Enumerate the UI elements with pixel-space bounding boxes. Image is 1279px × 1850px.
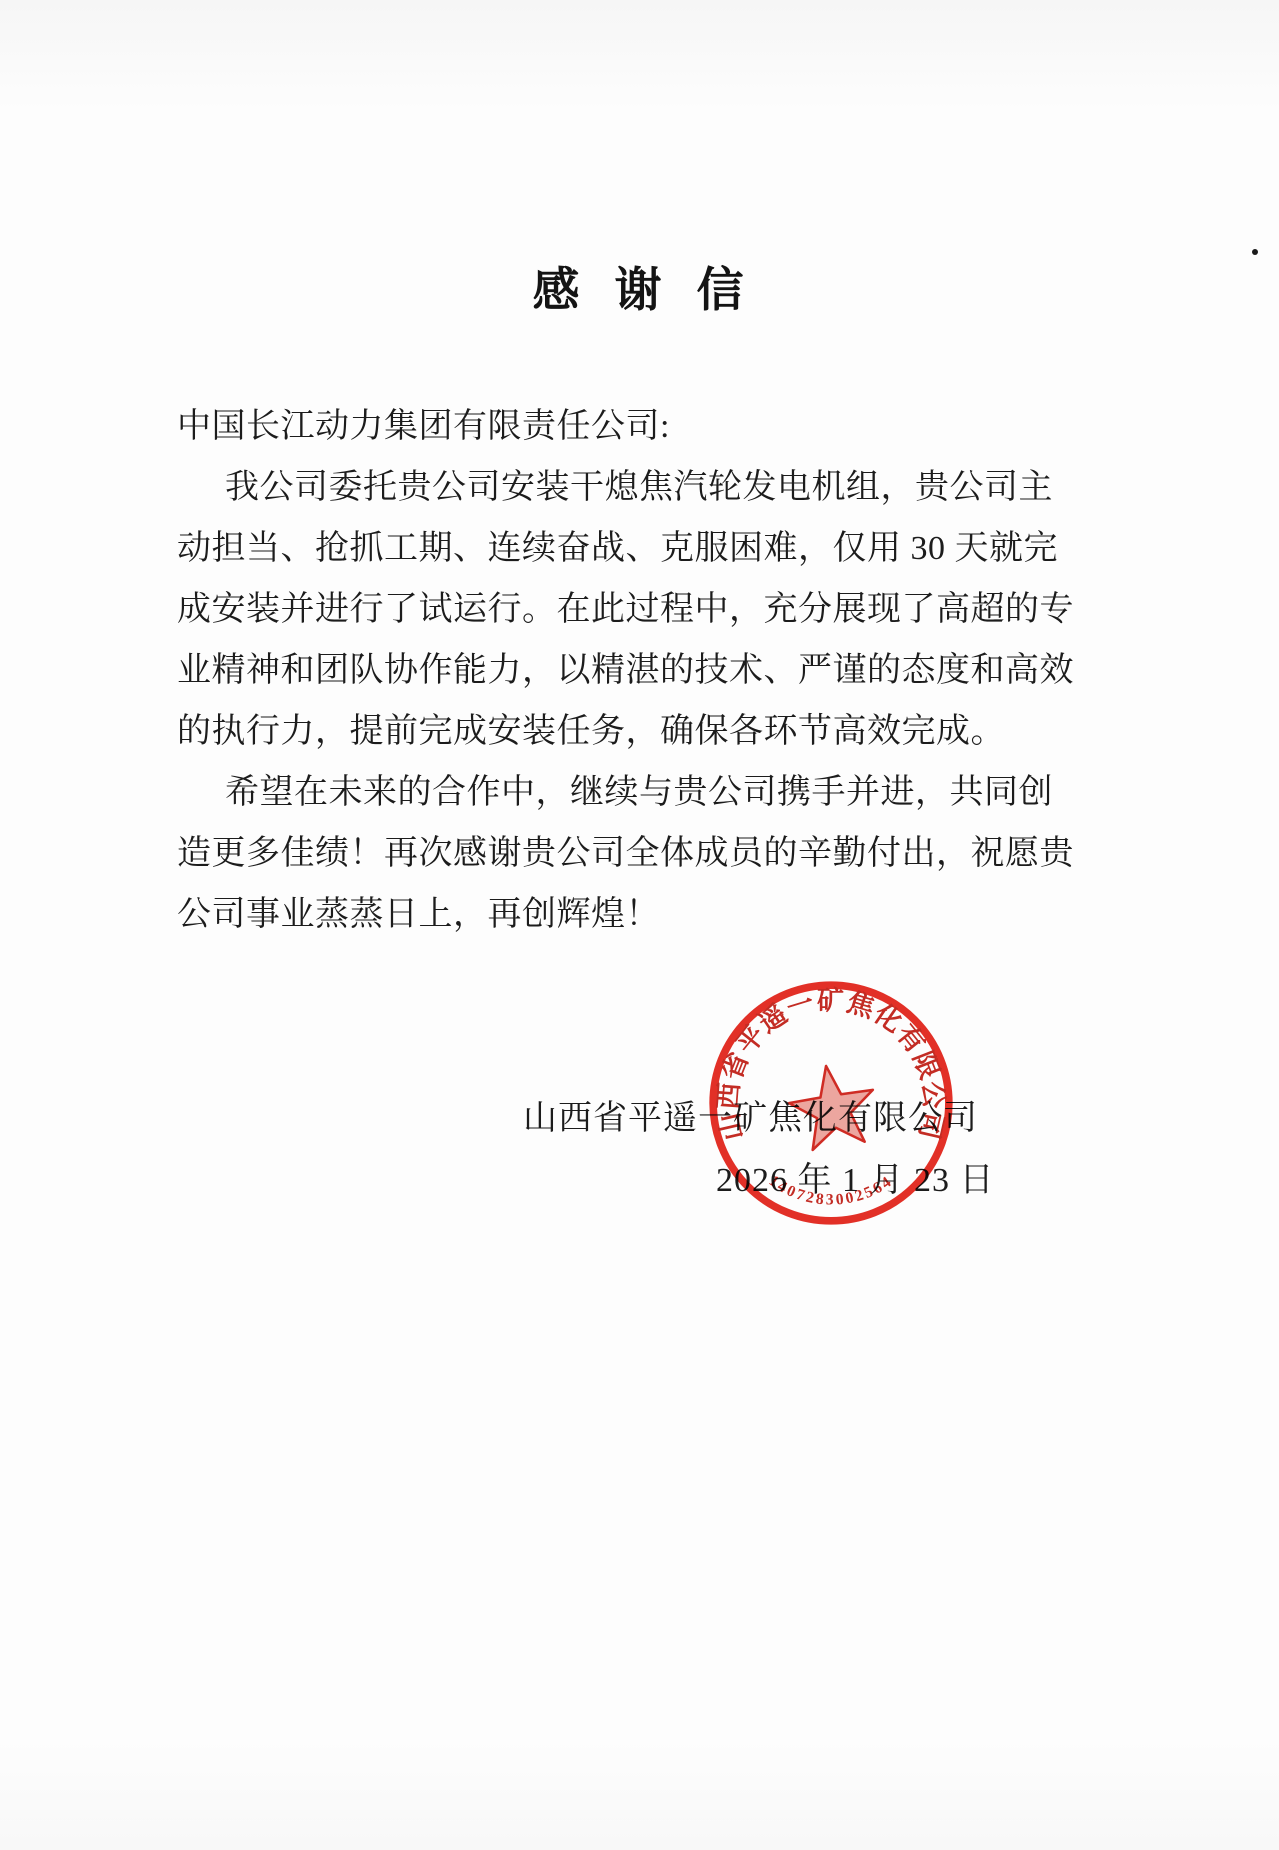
body-line: 造更多佳绩！再次感谢贵公司全体成员的辛勤付出，祝愿贵: [177, 823, 1087, 884]
body-line: 公司事业蒸蒸日上，再创辉煌！: [177, 884, 1087, 945]
body-line: 动担当、抢抓工期、连续奋战、克服困难，仅用 30 天就完: [177, 518, 1087, 579]
letter-page: 感 谢 信 中国长江动力集团有限责任公司: 我公司委托贵公司安装干熄焦汽轮发电机…: [0, 0, 1279, 1850]
company-seal-stamp: 山西省平遥一矿焦化有限公司 1407283002564: [704, 976, 958, 1230]
salutation-line: 中国长江动力集团有限责任公司:: [177, 396, 1087, 457]
seal-serial-number: 1407283002564: [766, 1172, 897, 1208]
body-line: 希望在未来的合作中，继续与贵公司携手并进，共同创: [177, 762, 1087, 823]
body-line: 成安装并进行了试运行。在此过程中，充分展现了高超的专: [177, 579, 1087, 640]
body-line: 我公司委托贵公司安装干熄焦汽轮发电机组，贵公司主: [177, 457, 1087, 518]
svg-text:1407283002564: 1407283002564: [766, 1172, 897, 1208]
letter-title: 感 谢 信: [0, 263, 1279, 317]
body-line: 业精神和团队协作能力，以精湛的技术、严谨的态度和高效: [177, 640, 1087, 701]
body-line: 的执行力，提前完成安装任务，确保各环节高效完成。: [177, 701, 1087, 762]
letter-body: 中国长江动力集团有限责任公司: 我公司委托贵公司安装干熄焦汽轮发电机组，贵公司主…: [177, 396, 1087, 945]
seal-star-icon: [784, 1059, 881, 1152]
scan-speck-dot: [1252, 249, 1258, 255]
